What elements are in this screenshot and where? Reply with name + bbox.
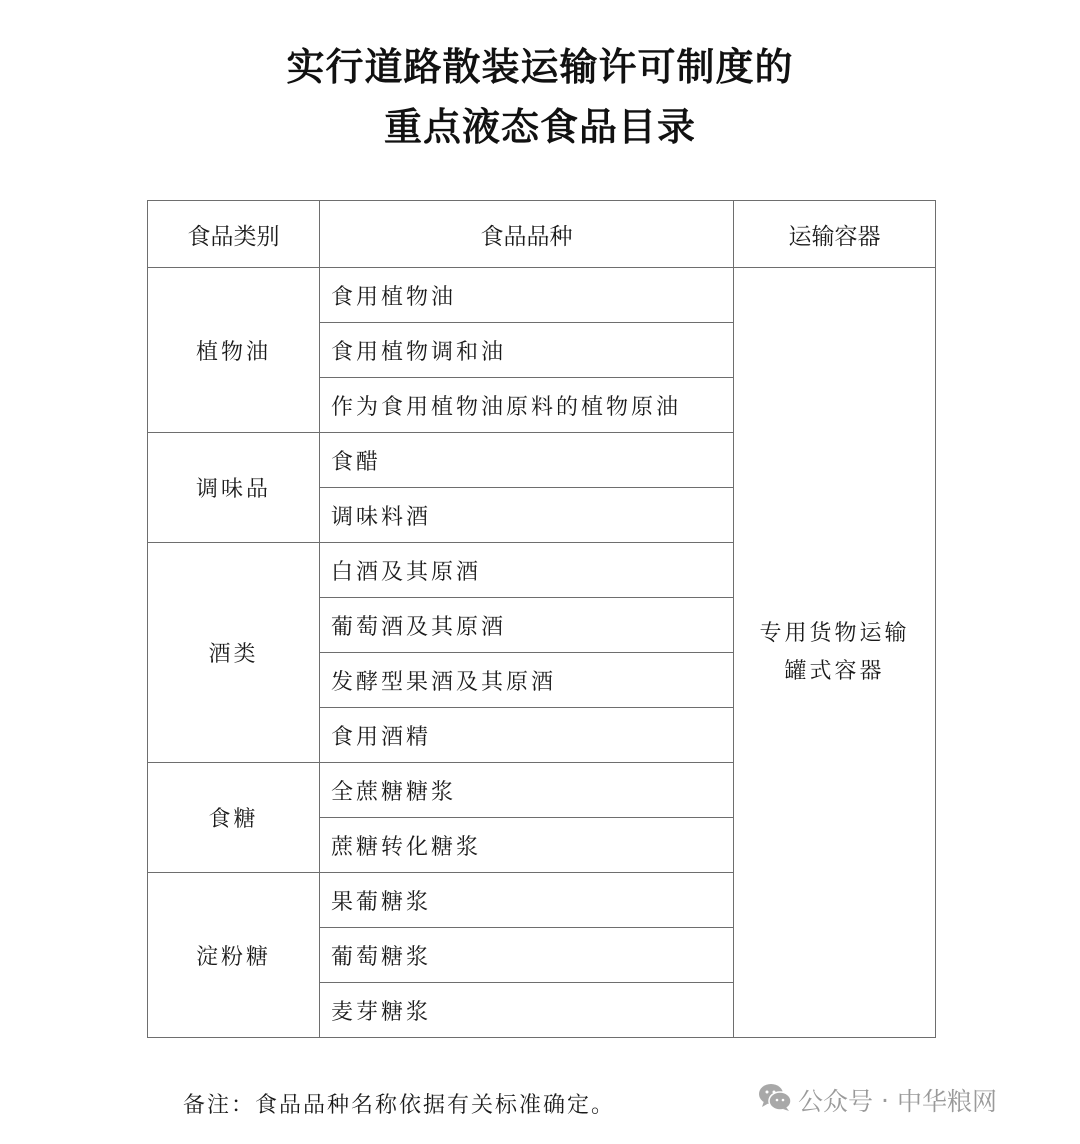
- food-catalog-table: 食品类别 食品品种 运输容器 植物油 食用植物油 专用货物运输 罐式容器 食用植…: [147, 200, 936, 1038]
- header-container: 运输容器: [734, 201, 936, 268]
- category-cell: 酒类: [148, 543, 320, 763]
- item-cell: 麦芽糖浆: [320, 983, 734, 1038]
- document-title-line1: 实行道路散装运输许可制度的: [0, 36, 1080, 91]
- item-cell: 食用酒精: [320, 708, 734, 763]
- watermark: 公众号 · 中华粮网: [758, 1082, 997, 1118]
- container-line2: 罐式容器: [734, 653, 935, 691]
- item-cell: 全蔗糖糖浆: [320, 763, 734, 818]
- container-cell: 专用货物运输 罐式容器: [734, 268, 936, 1038]
- item-cell: 葡萄糖浆: [320, 928, 734, 983]
- table-row: 植物油 食用植物油 专用货物运输 罐式容器: [148, 268, 936, 323]
- item-cell: 食醋: [320, 433, 734, 488]
- category-cell: 食糖: [148, 763, 320, 873]
- item-cell: 葡萄酒及其原酒: [320, 598, 734, 653]
- table-header-row: 食品类别 食品品种 运输容器: [148, 201, 936, 268]
- category-cell: 调味品: [148, 433, 320, 543]
- item-cell: 作为食用植物油原料的植物原油: [320, 378, 734, 433]
- item-cell: 果葡糖浆: [320, 873, 734, 928]
- footnote: 备注：食品品种名称依据有关标准确定。: [183, 1088, 615, 1119]
- category-cell: 植物油: [148, 268, 320, 433]
- watermark-separator: ·: [881, 1086, 889, 1115]
- item-cell: 食用植物油: [320, 268, 734, 323]
- watermark-account: 中华粮网: [897, 1082, 997, 1118]
- header-variety: 食品品种: [320, 201, 734, 268]
- wechat-icon: [758, 1082, 798, 1118]
- item-cell: 发酵型果酒及其原酒: [320, 653, 734, 708]
- item-cell: 蔗糖转化糖浆: [320, 818, 734, 873]
- category-cell: 淀粉糖: [148, 873, 320, 1038]
- item-cell: 食用植物调和油: [320, 323, 734, 378]
- header-category: 食品类别: [148, 201, 320, 268]
- item-cell: 白酒及其原酒: [320, 543, 734, 598]
- container-line1: 专用货物运输: [734, 615, 935, 653]
- watermark-prefix: 公众号: [798, 1082, 873, 1118]
- item-cell: 调味料酒: [320, 488, 734, 543]
- document-title-line2: 重点液态食品目录: [0, 96, 1080, 151]
